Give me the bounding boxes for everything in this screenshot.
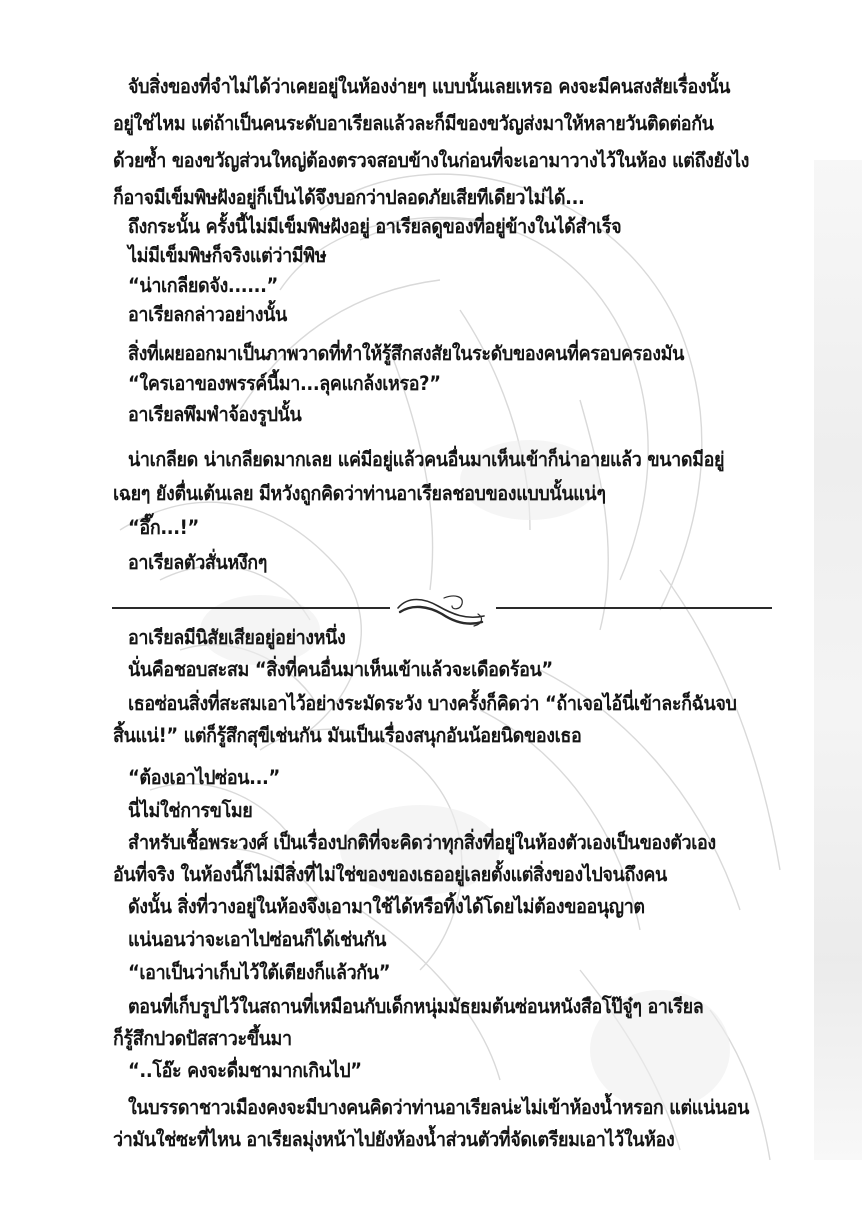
paragraph-line: ตอนที่เก็บรูปไว้ในสถานที่เหมือนกับเด็กหน…	[128, 993, 703, 1021]
paragraph-line: อาเรียลตัวสั่นหงึกๆ	[128, 549, 267, 577]
divider-rule-left	[112, 607, 390, 609]
dialogue-line: “อึ๊ก...!”	[128, 514, 199, 542]
paragraph-line: อาเรียลพึมพำจ้องรูปนั้น	[128, 401, 301, 429]
dialogue-line: “..โอ๊ะ คงจะดื่มชามากเกินไป”	[128, 1057, 362, 1085]
paragraph-line: สำหรับเชื้อพระวงศ์ เป็นเรื่องปกติที่จะคิ…	[128, 829, 716, 857]
novel-page: จับสิ่งของที่จำไม่ได้ว่าเคยอยู่ในห้องง่า…	[0, 0, 862, 1219]
divider-rule-right	[496, 607, 772, 609]
flourish-ornament-icon	[394, 592, 494, 630]
paragraph-line: ในบรรดาชาวเมืองคงจะมีบางคนคิดว่าท่านอาเร…	[128, 1094, 749, 1122]
paragraph-line: ว่ามันใช่ซะที่ไหน อาเรียลมุ่งหน้าไปยังห้…	[113, 1126, 674, 1154]
paragraph-line: นี่ไม่ใช่การขโมย	[128, 797, 252, 825]
page-text: จับสิ่งของที่จำไม่ได้ว่าเคยอยู่ในห้องง่า…	[0, 0, 862, 1219]
paragraph-line: อยู่ใช่ไหม แต่ถ้าเป็นคนระดับอาเรียลแล้วล…	[113, 110, 714, 138]
paragraph-line: ก็อาจมีเข็มพิษฝังอยู่ก็เป็นได้จึงบอกว่าป…	[113, 184, 584, 212]
paragraph-line: เฉยๆ ยังตื่นเต้นเลย มีหวังถูกคิดว่าท่านอ…	[113, 480, 606, 508]
paragraph-line: ด้วยซ้ำ ของขวัญส่วนใหญ่ต้องตรวจสอบข้างใน…	[113, 147, 749, 175]
paragraph-line: จับสิ่งของที่จำไม่ได้ว่าเคยอยู่ในห้องง่า…	[128, 73, 730, 101]
dialogue-line: “น่าเกลียดจัง......”	[128, 272, 278, 300]
dialogue-line: “ต้องเอาไปซ่อน...”	[128, 764, 280, 792]
paragraph-line: เธอซ่อนสิ่งที่สะสมเอาไว้อย่างระมัดระวัง …	[128, 690, 737, 718]
dialogue-line: “เอาเป็นว่าเก็บไว้ใต้เตียงก็แล้วกัน”	[128, 959, 390, 987]
paragraph-line: แน่นอนว่าจะเอาไปซ่อนก็ได้เช่นกัน	[128, 926, 386, 954]
paragraph-line: อาเรียลกล่าวอย่างนั้น	[128, 301, 287, 329]
paragraph-line: น่าเกลียด น่าเกลียดมากเลย แค่มีอยู่แล้วค…	[128, 446, 724, 474]
paragraph-line: ไม่มีเข็มพิษก็จริงแต่ว่ามีพิษ	[128, 242, 326, 270]
paragraph-line: อันที่จริง ในห้องนี้ก็ไม่มีสิ่งที่ไม่ใช่…	[113, 861, 667, 889]
paragraph-line: สิ้นแน่!” แต่ก็รู้สึกสุขีเช่นกัน มันเป็น…	[113, 722, 581, 750]
paragraph-line: ก็รู้สึกปวดปัสสาวะขึ้นมา	[113, 1025, 292, 1053]
paragraph-line: ถึงกระนั้น ครั้งนี้ไม่มีเข็มพิษฝังอยู่ อ…	[128, 213, 621, 241]
paragraph-line: ดังนั้น สิ่งที่วางอยู่ในห้องจึงเอามาใช้ไ…	[128, 893, 645, 921]
paragraph-line: สิ่งที่เผยออกมาเป็นภาพวาดที่ทำให้รู้สึกส…	[128, 340, 684, 368]
dialogue-line: “ใครเอาของพรรค์นี้มา...ลุคแกล้งเหรอ?”	[128, 370, 441, 398]
paragraph-line: อาเรียลมีนิสัยเสียอยู่อย่างหนึ่ง	[128, 624, 345, 652]
paragraph-line: นั่นคือชอบสะสม “สิ่งที่คนอื่นมาเห็นเข้าแ…	[128, 656, 553, 684]
